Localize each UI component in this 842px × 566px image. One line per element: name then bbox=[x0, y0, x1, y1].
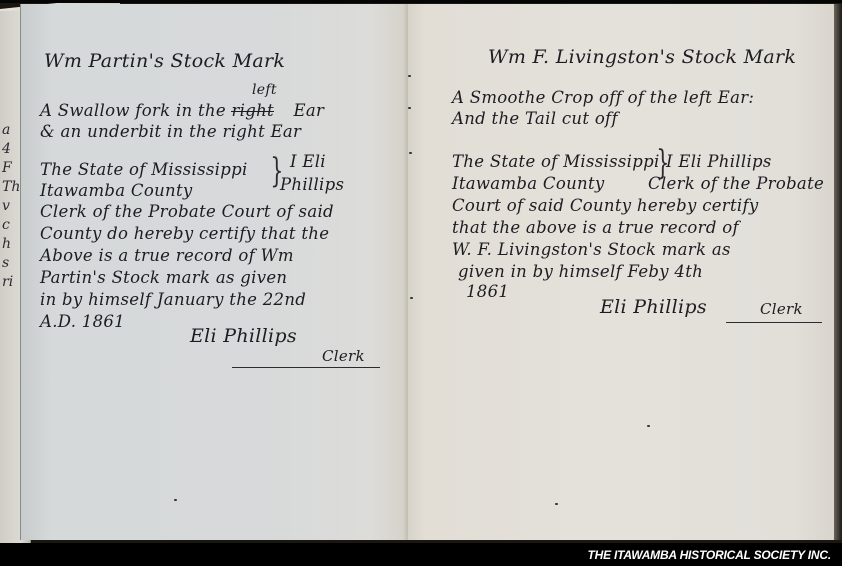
left-mark-line-2: & an underbit in the right Ear bbox=[40, 122, 301, 141]
right-brace-line-2: Clerk of the Probate bbox=[648, 174, 824, 193]
right-cert-line-2: Itawamba County bbox=[452, 174, 605, 193]
right-cert-line-5: W. F. Livingston's Stock mark as bbox=[452, 240, 731, 259]
left-signature: Eli Phillips bbox=[190, 325, 297, 347]
right-signature: Eli Phillips bbox=[600, 296, 707, 318]
left-cert-line-6: Partin's Stock mark as given bbox=[40, 268, 287, 287]
left-signature-title: Clerk bbox=[322, 347, 365, 365]
right-cert-line-3: Court of said County hereby certify bbox=[452, 196, 759, 215]
left-cert-line-1: The State of Mississippi bbox=[40, 160, 248, 179]
right-page-title: Wm F. Livingston's Stock Mark bbox=[488, 46, 796, 68]
left-mark-insert: left bbox=[252, 82, 277, 98]
right-cert-line-4: that the above is a true record of bbox=[452, 218, 739, 237]
right-cert-date: 1861 bbox=[466, 282, 509, 301]
left-mark-line-1: A Swallow fork in the right Ear bbox=[40, 101, 324, 120]
left-cert-line-7: in by himself January the 22nd bbox=[40, 290, 306, 309]
right-brace-line-1: I Eli Phillips bbox=[666, 152, 772, 171]
left-cert-line-3: Clerk of the Probate Court of said bbox=[40, 202, 334, 221]
left-cert-line-2: Itawamba County bbox=[40, 181, 193, 200]
left-cert-date: A.D. 1861 bbox=[40, 312, 125, 331]
right-cert-line-1: The State of Mississippi bbox=[452, 152, 660, 171]
left-cert-line-5: Above is a true record of Wm bbox=[40, 246, 294, 265]
right-mark-line-1: A Smoothe Crop off of the left Ear: bbox=[452, 88, 754, 107]
left-brace-line-1: I Eli bbox=[290, 152, 326, 171]
left-brace-line-2: Phillips bbox=[280, 175, 344, 194]
right-mark-line-2: And the Tail cut off bbox=[452, 109, 618, 128]
right-signature-title: Clerk bbox=[760, 300, 803, 318]
left-signature-underline bbox=[232, 367, 380, 368]
watermark-caption: THE ITAWAMBA HISTORICAL SOCIETY INC. bbox=[588, 548, 831, 562]
book-right-edge bbox=[834, 4, 842, 540]
left-page-title: Wm Partin's Stock Mark bbox=[44, 50, 285, 72]
right-cert-line-6: given in by himself Feby 4th bbox=[458, 262, 703, 281]
left-cert-line-4: County do hereby certify that the bbox=[40, 224, 329, 243]
struck-word: right bbox=[231, 101, 273, 120]
right-signature-underline bbox=[726, 322, 822, 323]
